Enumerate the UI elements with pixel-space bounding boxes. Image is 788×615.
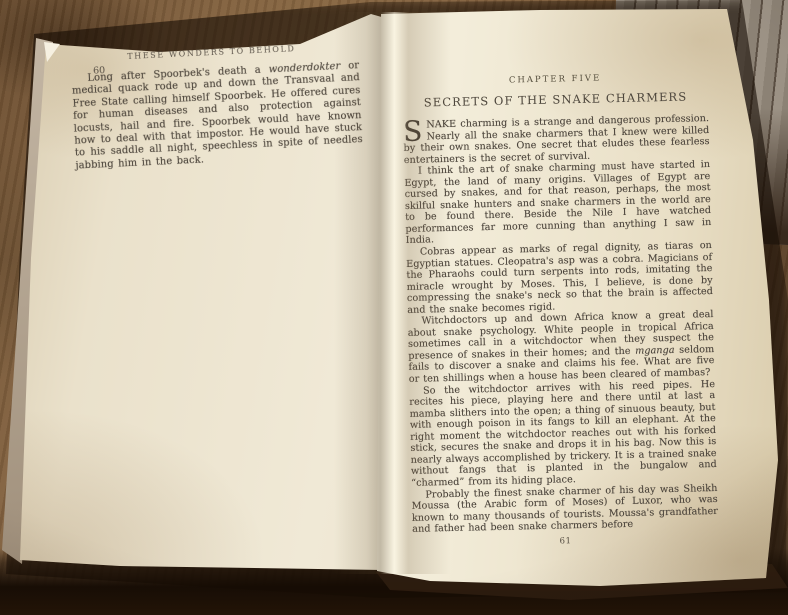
chapter-title: SECRETS OF THE SNAKE CHARMERS [402, 89, 708, 110]
body-paragraph: Witchdoctors up and down Africa know a g… [407, 309, 714, 385]
left-page-paragraphs: Long after Spoorbek's death a wonderdokt… [65, 60, 363, 173]
left-paragraph: Long after Spoorbek's death a wonderdokt… [71, 60, 363, 173]
right-page-text: CHAPTER FIVE SECRETS OF THE SNAKE CHARME… [402, 71, 719, 550]
body-paragraph: Probably the finest snake charmer of his… [411, 482, 718, 535]
body-paragraph: I think the art of snake charming must h… [404, 159, 712, 247]
left-page-text: THESE WONDERS TO BEHOLD 60 Long after Sp… [64, 34, 364, 173]
opening-paragraph: SNAKE charming is a strange and dangerou… [403, 113, 710, 166]
drop-cap: S [403, 119, 427, 143]
body-paragraph: Cobras appear as marks of regal dignity,… [406, 240, 713, 316]
right-page-paragraphs: I think the art of snake charming must h… [404, 159, 718, 535]
body-paragraph: So the witchdoctor arrives with his reed… [409, 379, 717, 490]
right-page-body: SNAKE charming is a strange and dangerou… [403, 113, 719, 550]
book-photo-scene: THESE WONDERS TO BEHOLD 60 Long after Sp… [0, 0, 788, 615]
opening-paragraph-text: NAKE charming is a strange and dangerous… [403, 113, 709, 166]
page-number-60: 60 [93, 65, 106, 77]
